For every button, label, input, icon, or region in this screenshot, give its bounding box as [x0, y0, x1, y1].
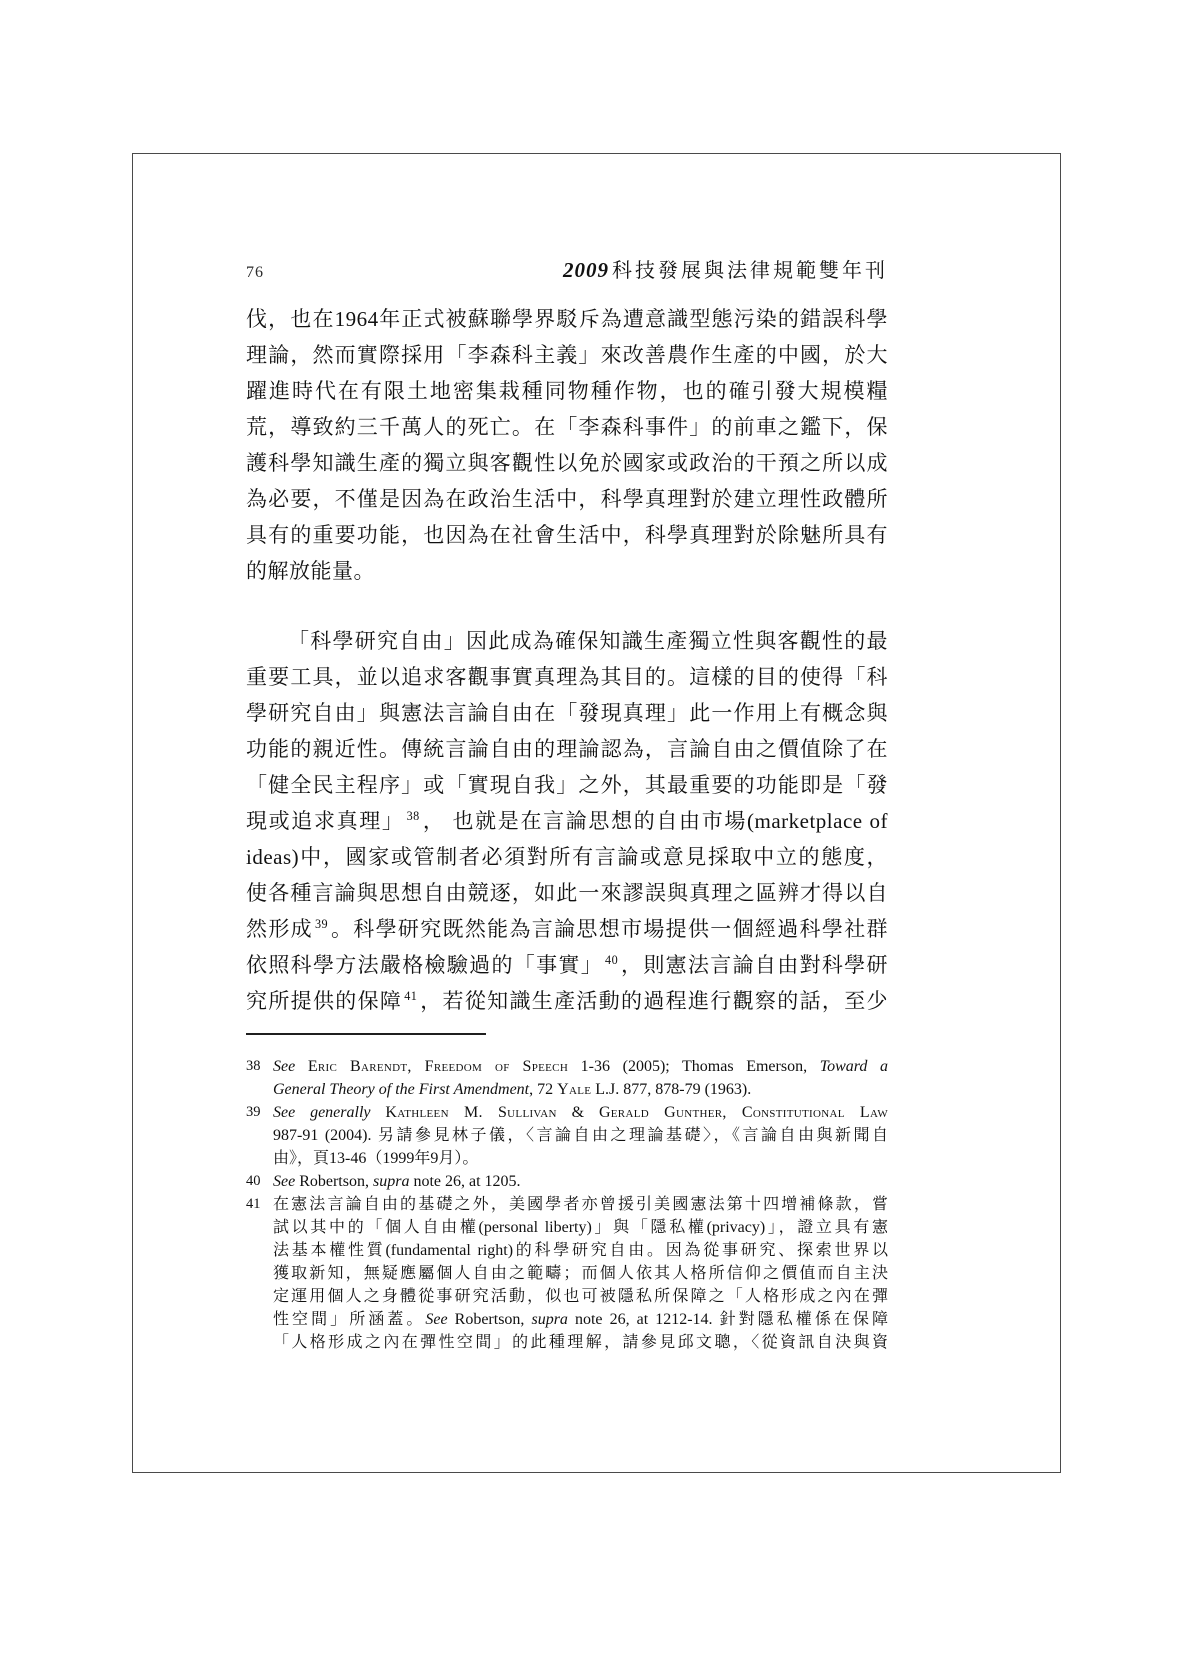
footnote-item: 40See Robertson, supra note 26, at 1205.	[246, 1170, 888, 1193]
text-run: 法基本權性質(fundamental right)的科學研究自由。因為從事研究、…	[273, 1242, 888, 1259]
text-run: 定運用個人之身體從事研究活動，似也可被隱私所保障之「人格形成之內在彈	[273, 1288, 888, 1305]
document-canvas: 76 2009科技發展與法律規範雙年刊 伐，也在1964年正式被蘇聯學界駁斥為遭…	[0, 0, 1177, 1664]
italic-text-run: See	[425, 1311, 447, 1328]
italic-text-run: Toward a	[820, 1058, 888, 1075]
text-line: 具有的重要功能，也因為在社會生活中，科學真理對於除魅所具有	[246, 517, 888, 553]
text-run: , 72	[529, 1081, 557, 1098]
text-run: 使各種言論與思想自由競逐，如此一來謬誤與真理之區辨才得以自	[246, 881, 888, 905]
footnote-item: 41在憲法言論自由的基礎之外，美國學者亦曾援引美國憲法第十四增補條款，嘗試以其中…	[246, 1193, 888, 1354]
smallcaps-text-run: Yale	[557, 1081, 591, 1098]
text-run	[371, 1104, 386, 1121]
smallcaps-text-run: Kathleen M. Sullivan	[385, 1104, 556, 1121]
footnote-text-line: 獲取新知，無疑應屬個人自由之範疇；而個人依其人格所信仰之價值而自主決	[273, 1262, 888, 1285]
footnote-number: 39	[246, 1101, 261, 1124]
footnote-marker: 39	[313, 917, 330, 931]
smallcaps-text-run: Eric Barendt, Freedom of Speech	[308, 1058, 568, 1075]
text-run: 具有的重要功能，也因為在社會生活中，科學真理對於除魅所具有	[246, 523, 888, 547]
italic-text-run: supra	[373, 1173, 409, 1190]
footnotes-section: 38See Eric Barendt, Freedom of Speech 1-…	[246, 1055, 888, 1354]
text-run: ， 也就是在言論思想的自由市場(marketplace of	[422, 809, 888, 833]
text-run: 為必要，不僅是因為在政治生活中，科學真理對於建立理性政體所	[246, 487, 888, 511]
footnote-text-line: 試以其中的「個人自由權(personal liberty)」與「隱私權(priv…	[273, 1216, 888, 1239]
footnote-marker: 40	[603, 953, 620, 967]
text-run: 功能的親近性。傳統言論自由的理論認為，言論自由之價值除了在	[246, 737, 888, 761]
text-line: 荒，導致約三千萬人的死亡。在「李森科事件」的前車之鑑下，保	[246, 409, 888, 445]
text-line: 現或追求真理」38， 也就是在言論思想的自由市場(marketplace of	[246, 803, 888, 839]
text-line: 「健全民主程序」或「實現自我」之外，其最重要的功能即是「發	[246, 767, 888, 803]
footnote-number: 38	[246, 1055, 261, 1078]
text-run: 「健全民主程序」或「實現自我」之外，其最重要的功能即是「發	[246, 773, 888, 797]
text-line: 使各種言論與思想自由競逐，如此一來謬誤與真理之區辨才得以自	[246, 875, 888, 911]
footnote-text-line: 定運用個人之身體從事研究活動，似也可被隱私所保障之「人格形成之內在彈	[273, 1285, 888, 1308]
text-line: 為必要，不僅是因為在政治生活中，科學真理對於建立理性政體所	[246, 481, 888, 517]
footnote-text-line: See generally Kathleen M. Sullivan & Ger…	[273, 1101, 888, 1124]
journal-title: 2009科技發展與法律規範雙年刊	[563, 254, 888, 283]
text-line: 學研究自由」與憲法言論自由在「發現真理」此一作用上有概念與	[246, 695, 888, 731]
journal-title-text: 科技發展與法律規範雙年刊	[612, 260, 888, 282]
text-run: L.J. 877, 878-79 (1963).	[591, 1081, 751, 1098]
journal-year: 2009	[563, 258, 609, 282]
italic-text-run: supra	[531, 1311, 567, 1328]
footnote-text-line: See Robertson, supra note 26, at 1205.	[273, 1170, 888, 1193]
text-run: 荒，導致約三千萬人的死亡。在「李森科事件」的前車之鑑下，保	[246, 415, 888, 439]
text-line: 的解放能量。	[246, 553, 888, 589]
footnote-text-line: 「人格形成之內在彈性空間」的此種理解，請參見邱文聰，〈從資訊自決與資	[273, 1331, 888, 1354]
italic-text-run: See	[273, 1058, 295, 1075]
text-line: 躍進時代在有限土地密集栽種同物種作物，也的確引發大規模糧	[246, 373, 888, 409]
text-run: note 26, at 1205.	[409, 1173, 520, 1190]
footnote-number: 41	[246, 1193, 261, 1216]
body-text: 伐，也在1964年正式被蘇聯學界駁斥為遭意識型態污染的錯誤科學理論，然而實際採用…	[246, 301, 888, 1019]
footnote-marker: 41	[402, 989, 419, 1003]
text-run: 「科學研究自由」因此成為確保知識生產獨立性與客觀性的最	[288, 629, 888, 653]
text-line: 然形成39。科學研究既然能為言論思想市場提供一個經過科學社群	[246, 911, 888, 947]
text-run: note 26, at 1212-14. 針對隱私權係在保障	[568, 1311, 888, 1328]
text-run: 獲取新知，無疑應屬個人自由之範疇；而個人依其人格所信仰之價值而自主決	[273, 1265, 888, 1282]
paragraph: 伐，也在1964年正式被蘇聯學界駁斥為遭意識型態污染的錯誤科學理論，然而實際採用…	[246, 301, 888, 589]
text-run: 「人格形成之內在彈性空間」的此種理解，請參見邱文聰，〈從資訊自決與資	[273, 1334, 888, 1351]
text-run: 躍進時代在有限土地密集栽種同物種作物，也的確引發大規模糧	[246, 379, 888, 403]
text-line: 理論，然而實際採用「李森科主義」來改善農作生產的中國，於大	[246, 337, 888, 373]
text-run: ，則憲法言論自由對科學研	[620, 953, 888, 977]
footnote-text-line: 法基本權性質(fundamental right)的科學研究自由。因為從事研究、…	[273, 1239, 888, 1262]
text-run: 重要工具，並以追求客觀事實真理為其目的。這樣的目的使得「科	[246, 665, 888, 689]
italic-text-run: General Theory of the First Amendment	[273, 1081, 529, 1098]
footnote-text-line: 在憲法言論自由的基礎之外，美國學者亦曾援引美國憲法第十四增補條款，嘗	[273, 1193, 888, 1216]
text-run: &	[557, 1104, 599, 1121]
text-run: 1-36 (2005); Thomas Emerson,	[568, 1058, 820, 1075]
footnote-text-line: See Eric Barendt, Freedom of Speech 1-36…	[273, 1055, 888, 1078]
text-run: 由》，頁13-46（1999年9月）。	[273, 1150, 478, 1167]
document-page: 76 2009科技發展與法律規範雙年刊 伐，也在1964年正式被蘇聯學界駁斥為遭…	[132, 153, 1061, 1473]
text-line: 「科學研究自由」因此成為確保知識生產獨立性與客觀性的最	[246, 623, 888, 659]
text-run: 理論，然而實際採用「李森科主義」來改善農作生產的中國，於大	[246, 343, 888, 367]
text-run: 究所提供的保障	[246, 989, 402, 1013]
text-run: 然形成	[246, 917, 313, 941]
footnote-text-line: 性空間」所涵蓋。See Robertson, supra note 26, at…	[273, 1308, 888, 1331]
text-line: 護科學知識生產的獨立與客觀性以免於國家或政治的干預之所以成	[246, 445, 888, 481]
paragraph: 「科學研究自由」因此成為確保知識生產獨立性與客觀性的最重要工具，並以追求客觀事實…	[246, 623, 888, 1019]
text-line: 功能的親近性。傳統言論自由的理論認為，言論自由之價值除了在	[246, 731, 888, 767]
text-run: 學研究自由」與憲法言論自由在「發現真理」此一作用上有概念與	[246, 701, 888, 725]
text-run: 試以其中的「個人自由權(personal liberty)」與「隱私權(priv…	[273, 1219, 888, 1236]
text-run: 987-91 (2004). 另請參見林子儀，〈言論自由之理論基礎〉，《言論自由…	[273, 1127, 888, 1144]
text-run: 依照科學方法嚴格檢驗過的「事實」	[246, 953, 603, 977]
italic-text-run: See generally	[273, 1104, 371, 1121]
text-run: Robertson,	[295, 1173, 373, 1190]
text-run: 護科學知識生產的獨立與客觀性以免於國家或政治的干預之所以成	[246, 451, 888, 475]
page-header: 76 2009科技發展與法律規範雙年刊	[246, 254, 888, 283]
text-line: 究所提供的保障41，若從知識生產活動的過程進行觀察的話，至少	[246, 983, 888, 1019]
text-run: ，若從知識生產活動的過程進行觀察的話，至少	[419, 989, 888, 1013]
text-run: 在憲法言論自由的基礎之外，美國學者亦曾援引美國憲法第十四增補條款，嘗	[273, 1196, 888, 1213]
text-run: ideas)中，國家或管制者必須對所有言論或意見採取中立的態度，	[246, 845, 888, 869]
text-run: 性空間」所涵蓋。	[273, 1311, 425, 1328]
text-run: 的解放能量。	[246, 559, 375, 583]
text-run: 現或追求真理」	[246, 809, 405, 833]
text-line: 伐，也在1964年正式被蘇聯學界駁斥為遭意識型態污染的錯誤科學	[246, 301, 888, 337]
text-run	[295, 1058, 308, 1075]
text-run: 伐，也在1964年正式被蘇聯學界駁斥為遭意識型態污染的錯誤科學	[246, 307, 888, 331]
text-run: Robertson,	[448, 1311, 532, 1328]
footnote-number: 40	[246, 1170, 261, 1193]
italic-text-run: See	[273, 1173, 295, 1190]
page-number: 76	[246, 264, 264, 282]
footnote-separator-line	[246, 1033, 486, 1035]
smallcaps-text-run: Gerald Gunther, Constitutional Law	[599, 1104, 888, 1121]
footnote-marker: 38	[405, 809, 422, 823]
text-line: ideas)中，國家或管制者必須對所有言論或意見採取中立的態度，	[246, 839, 888, 875]
footnote-text-line: 由》，頁13-46（1999年9月）。	[273, 1147, 888, 1170]
text-line: 重要工具，並以追求客觀事實真理為其目的。這樣的目的使得「科	[246, 659, 888, 695]
text-line: 依照科學方法嚴格檢驗過的「事實」40，則憲法言論自由對科學研	[246, 947, 888, 983]
footnote-item: 38See Eric Barendt, Freedom of Speech 1-…	[246, 1055, 888, 1101]
footnote-text-line: 987-91 (2004). 另請參見林子儀，〈言論自由之理論基礎〉，《言論自由…	[273, 1124, 888, 1147]
footnote-text-line: General Theory of the First Amendment, 7…	[273, 1078, 888, 1101]
footnote-item: 39See generally Kathleen M. Sullivan & G…	[246, 1101, 888, 1170]
text-run: 。科學研究既然能為言論思想市場提供一個經過科學社群	[330, 917, 888, 941]
